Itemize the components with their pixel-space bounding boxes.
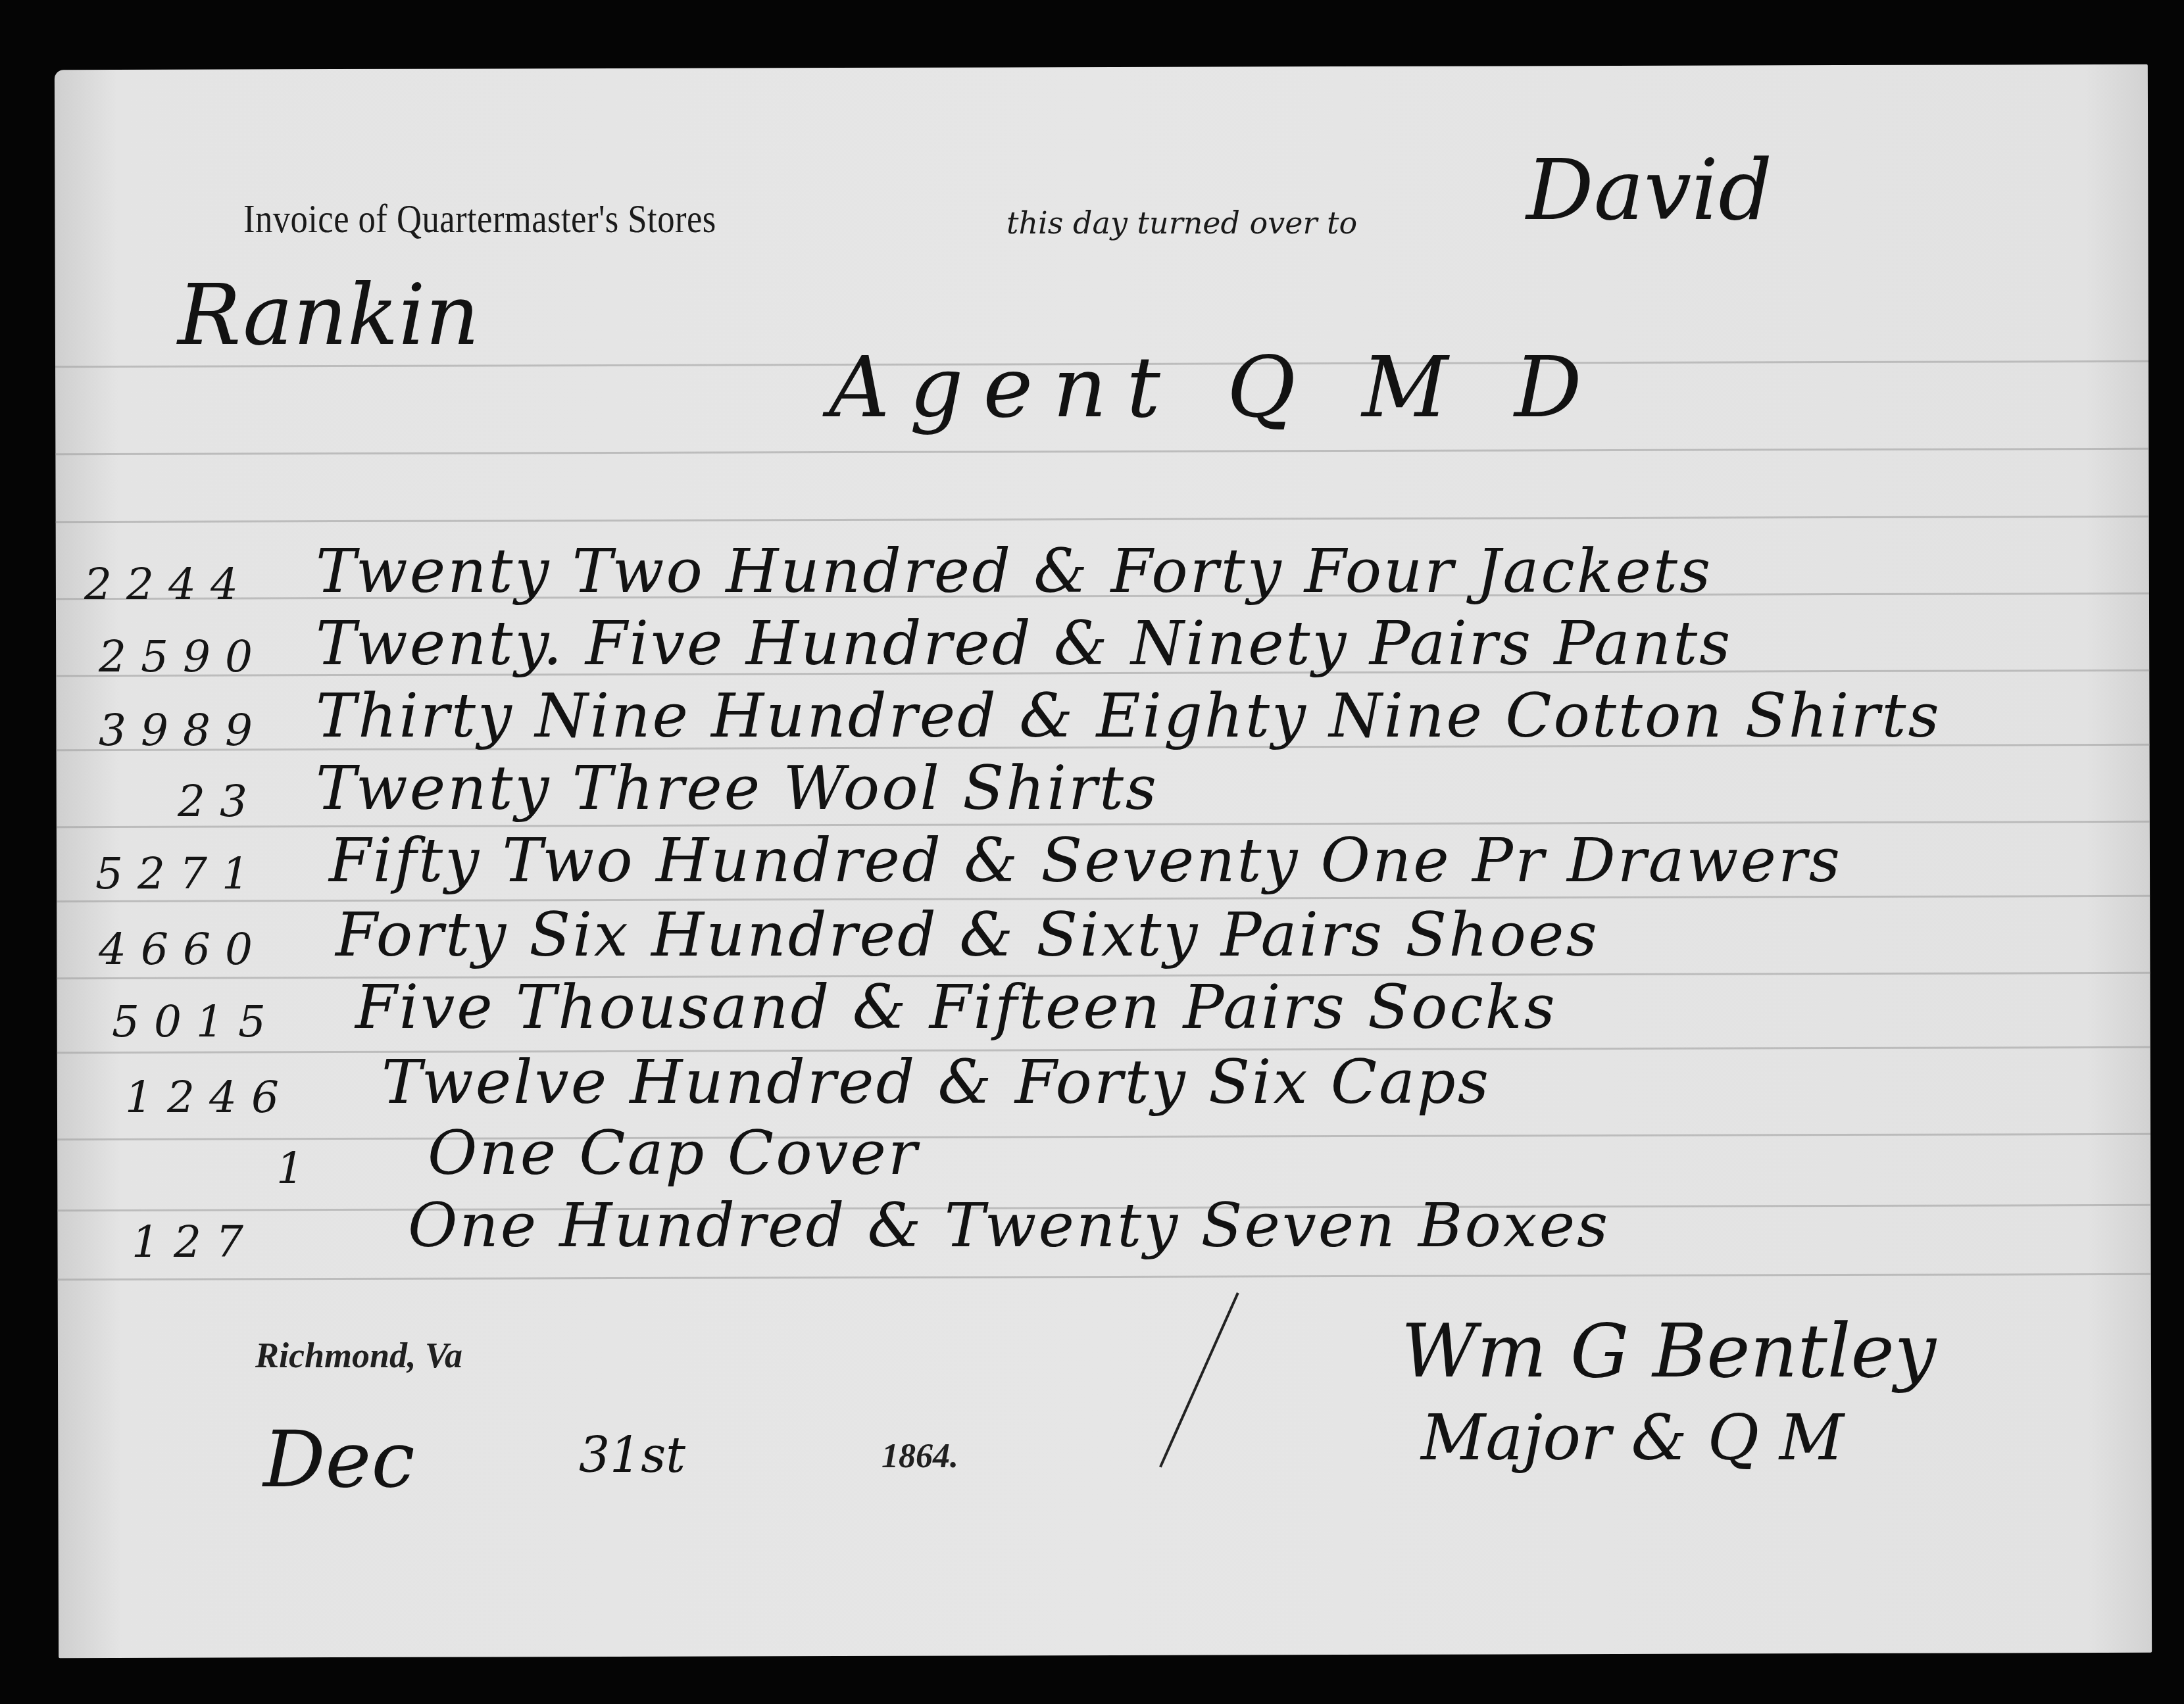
item-description: Twelve Hundred & Forty Six Caps xyxy=(382,1047,1491,1117)
item-description: Forty Six Hundred & Sixty Pairs Shoes xyxy=(335,900,1599,970)
item-quantity: 5271 xyxy=(95,848,264,899)
invoice-header: Invoice of Quartermaster's Stores xyxy=(243,196,799,243)
item-description: Five Thousand & Fifteen Pairs Socks xyxy=(355,972,1557,1042)
recipient-title: Agent Q M D xyxy=(829,339,1602,437)
item-quantity: 3989 xyxy=(99,705,267,756)
item-description: Twenty Three Wool Shirts xyxy=(316,753,1158,823)
header-printed-text: Invoice of Quartermaster's Stores xyxy=(243,196,716,243)
item-description: Fifty Two Hundred & Seventy One Pr Drawe… xyxy=(329,825,1842,896)
place-stamp: Richmond, Va xyxy=(255,1335,462,1376)
invoice-header-italic: this day turned over to xyxy=(1006,205,1357,241)
item-description: One Cap Cover xyxy=(428,1118,919,1188)
item-description: Thirty Nine Hundred & Eighty Nine Cotton… xyxy=(316,681,1941,751)
item-quantity: 2590 xyxy=(99,631,267,682)
signature-name: Wm G Bentley xyxy=(1401,1309,1936,1394)
signature-title: Major & Q M xyxy=(1421,1401,1844,1474)
date-month: Dec xyxy=(263,1414,415,1505)
ruled-line xyxy=(55,448,2148,455)
header-italic-text: this day turned over to xyxy=(1006,205,1357,241)
item-description: One Hundred & Twenty Seven Boxes xyxy=(408,1190,1610,1261)
item-description: Twenty Two Hundred & Forty Four Jackets xyxy=(316,536,1712,606)
item-quantity: 127 xyxy=(132,1217,258,1267)
item-quantity: 5015 xyxy=(112,996,280,1047)
item-quantity: 2244 xyxy=(84,559,253,610)
date-day: 31st xyxy=(579,1427,685,1484)
item-quantity: 4660 xyxy=(99,924,267,975)
ruled-line xyxy=(58,1273,2151,1280)
date-year: 1864. xyxy=(881,1437,958,1476)
ruled-line xyxy=(56,516,2149,523)
item-description: Twenty. Five Hundred & Ninety Pairs Pant… xyxy=(316,608,1732,679)
item-quantity: 23 xyxy=(178,776,262,827)
item-quantity: 1 xyxy=(276,1143,318,1194)
ruled-line xyxy=(57,1133,2150,1140)
recipient-first-name: David xyxy=(1526,141,1772,239)
item-quantity: 1246 xyxy=(125,1072,293,1123)
recipient-last-name: Rankin xyxy=(178,266,480,364)
